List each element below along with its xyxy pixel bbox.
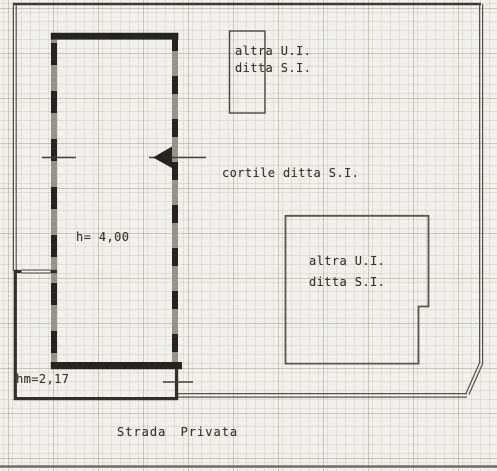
right-unit-outline — [286, 216, 429, 364]
boundary-diagonal-double-line — [466, 362, 483, 395]
upper-unit-label-line2: ditta S.I. — [235, 61, 311, 75]
main-room-height-label: h= 4,00 — [76, 230, 129, 244]
boundary-right-double-line — [480, 4, 483, 364]
boundary-left-double-line — [13, 4, 16, 271]
courtyard-label: cortile ditta S.I. — [222, 166, 359, 180]
cadastral-floor-plan: altra U.I. ditta S.I. cortile ditta S.I.… — [0, 0, 497, 471]
main-room-wall-band — [54, 36, 175, 366]
annex-height-label: hm=2,17 — [16, 372, 69, 386]
street-label: Strada Privata — [117, 425, 238, 439]
upper-unit-label-line1: altra U.I. — [235, 44, 311, 58]
right-unit-label-line2: ditta S.I. — [309, 275, 385, 289]
entrance-arrow-icon — [153, 147, 172, 169]
right-unit-label-line1: altra U.I. — [309, 254, 385, 268]
boundary-courtyard-double-line — [178, 394, 467, 398]
